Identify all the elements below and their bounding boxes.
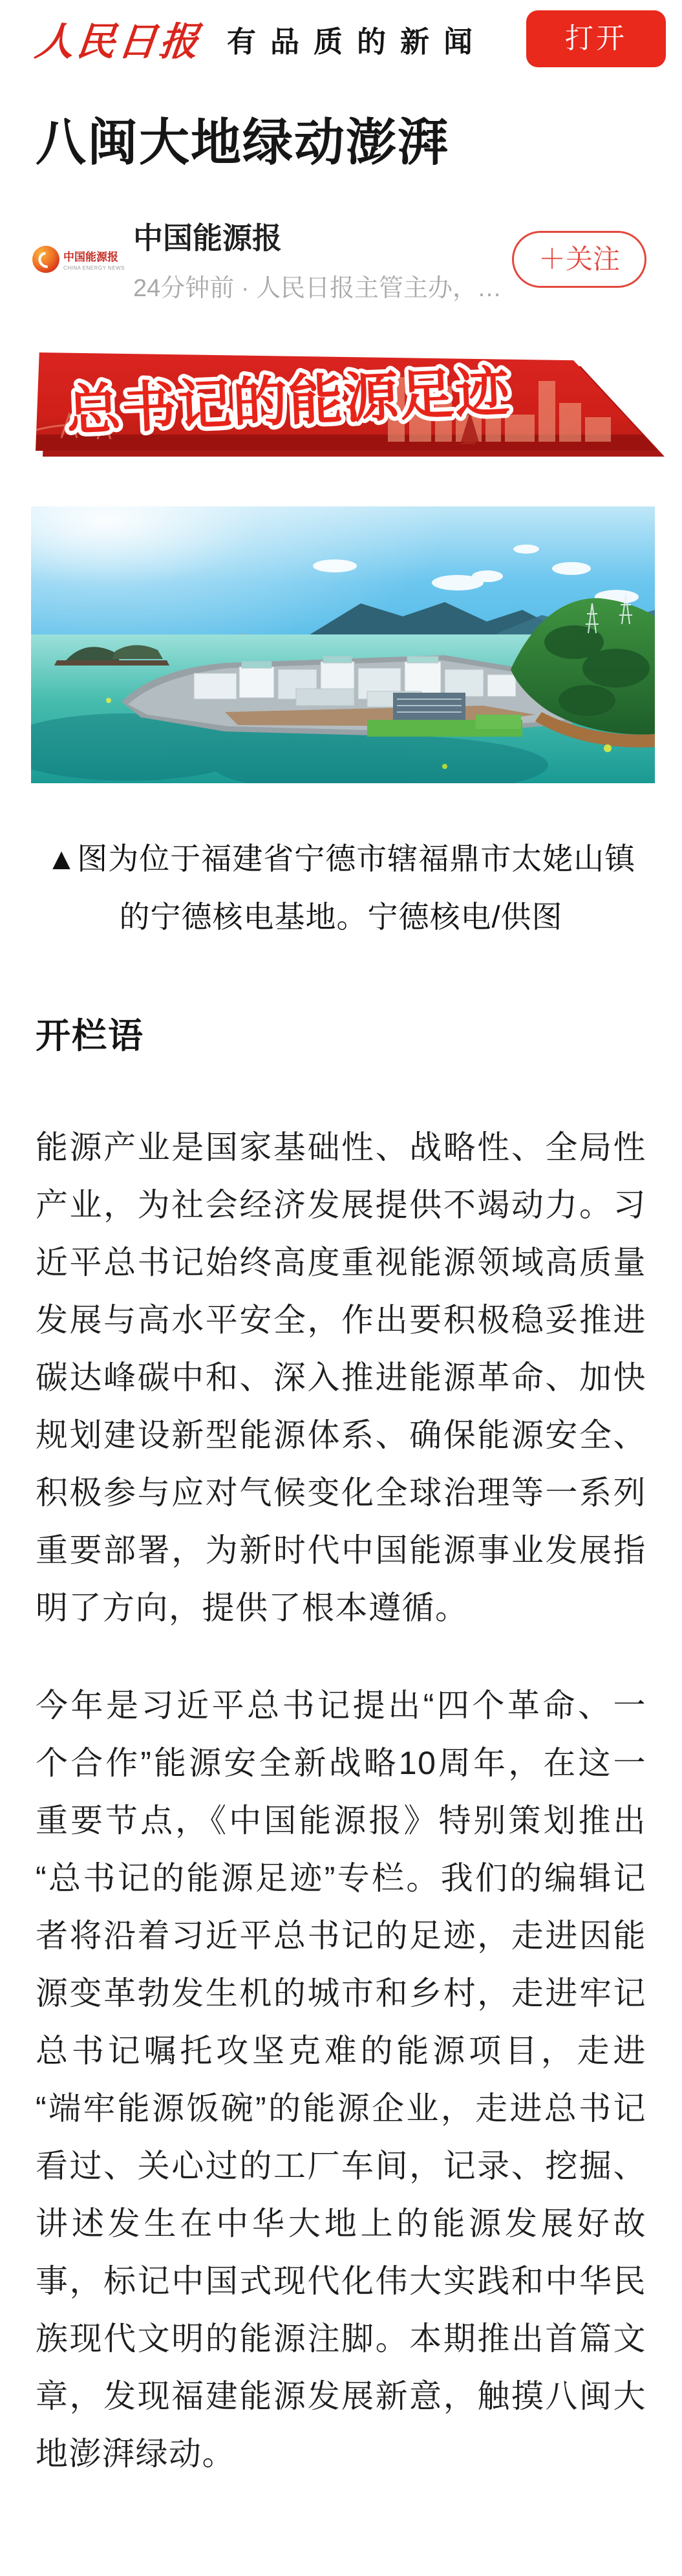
paragraph-1: 能源产业是国家基础性、战略性、全局性产业，为社会经济发展提供不竭动力。习近平总书… [36,1119,646,1637]
paragraph-2: 今年是习近平总书记提出“四个革命、一个合作”能源安全新战略10周年，在这一重要节… [36,1677,646,2483]
column-banner: 总书记的能源足迹 [36,352,657,451]
app-tagline: 有品质的新闻 [227,18,487,60]
follow-button[interactable]: ＋关注 [512,231,646,288]
peoples-daily-logo: 人民日报 [32,11,204,67]
banner-graphic: 总书记的能源足迹 [36,352,657,451]
china-energy-news-logo-icon [32,246,59,273]
author-row: 中国能源报 CHINA ENERGY NEWS 中国能源报 24分钟前 · 人民… [32,215,646,303]
open-app-button[interactable]: 打开 [526,10,666,67]
page-end-spacer [0,2483,682,2513]
publisher-name[interactable]: 中国能源报 [133,215,499,257]
publish-meta: 24分钟前 · 人民日报主管主办，… [133,268,499,303]
photo-caption: ▲图为位于福建省宁德市辖福鼎市太姥山镇的宁德核电基地。宁德核电/供图 [44,830,638,946]
article-title: 八闽大地绿动澎湃 [36,102,646,175]
publisher-logo-en: CHINA ENERGY NEWS [63,265,125,271]
publisher-avatar[interactable]: 中国能源报 CHINA ENERGY NEWS [32,246,131,273]
app-header: 人民日报 有品质的新闻 打开 [0,0,682,72]
article-photo[interactable] [31,506,655,783]
publisher-logo-cn: 中国能源报 [63,248,125,264]
section-heading: 开栏语 [36,1008,646,1058]
